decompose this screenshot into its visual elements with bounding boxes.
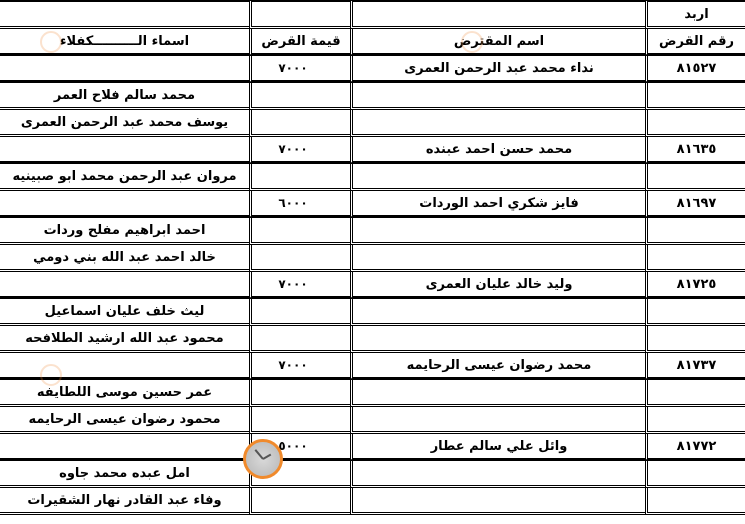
table-row: ليث خلف عليان اسماعيل bbox=[0, 299, 745, 326]
guarantor-name-cell bbox=[0, 137, 249, 164]
loan-amount-value: ٧٠٠٠ bbox=[278, 277, 307, 291]
guarantor-name-cell: محمد سالم فلاح العمر bbox=[0, 83, 249, 110]
loan-amount-cell bbox=[249, 110, 350, 137]
table-row: محمد سالم فلاح العمر bbox=[0, 83, 745, 110]
loan-amount-cell bbox=[249, 83, 350, 110]
borrower-name-cell bbox=[350, 326, 645, 353]
clock-icon bbox=[243, 439, 283, 479]
loan-amount-cell: ٧٠٠٠ bbox=[249, 56, 350, 83]
loan-id-cell bbox=[645, 461, 745, 488]
borrower-name-cell bbox=[350, 299, 645, 326]
loan-amount-cell bbox=[249, 488, 350, 515]
borrower-name-cell bbox=[350, 380, 645, 407]
loan-amount-cell bbox=[249, 326, 350, 353]
table-row: احمد ابراهيم مفلح وردات bbox=[0, 218, 745, 245]
table-row: محمود رضوان عيسى الرحايمه bbox=[0, 407, 745, 434]
loan-id-cell bbox=[645, 488, 745, 515]
guarantor-name-cell bbox=[0, 353, 249, 380]
table-row: ٨١٧٢٥وليد خالد عليان العمرى٧٠٠٠ bbox=[0, 272, 745, 299]
loan-id-cell bbox=[645, 164, 745, 191]
table-row: ٨١٦٣٥محمد حسن احمد عبنده٧٠٠٠ bbox=[0, 137, 745, 164]
loan-table: اربد رقم القرض اسم المقترض قيمة القرض اس… bbox=[0, 0, 745, 515]
table-row: مروان عبد الرحمن محمد ابو صبينيه bbox=[0, 164, 745, 191]
loan-id-cell bbox=[645, 380, 745, 407]
loan-amount-value: ٧٠٠٠ bbox=[278, 142, 307, 156]
guarantor-name-cell: عمر حسين موسى اللطايفه bbox=[0, 380, 249, 407]
header-row: رقم القرض اسم المقترض قيمة القرض اسماء ا… bbox=[0, 29, 745, 56]
borrower-name-cell bbox=[350, 83, 645, 110]
loan-amount-cell bbox=[249, 218, 350, 245]
table-row: ٨١٥٢٧نداء محمد عبد الرحمن العمرى٧٠٠٠ bbox=[0, 56, 745, 83]
table-row: يوسف محمد عبد الرحمن العمرى bbox=[0, 110, 745, 137]
empty-cell bbox=[249, 0, 350, 29]
loan-amount-cell bbox=[249, 380, 350, 407]
loan-id-cell: ٨١٦٩٧ bbox=[645, 191, 745, 218]
guarantor-name-cell: يوسف محمد عبد الرحمن العمرى bbox=[0, 110, 249, 137]
loan-amount-value: ٧٠٠٠ bbox=[278, 358, 307, 372]
table-row: ٨١٧٣٧محمد رضوان عيسى الرحايمه٧٠٠٠ bbox=[0, 353, 745, 380]
borrower-name-cell: وليد خالد عليان العمرى bbox=[350, 272, 645, 299]
loan-amount-cell bbox=[249, 164, 350, 191]
borrower-name-cell bbox=[350, 488, 645, 515]
loan-amount-cell bbox=[249, 407, 350, 434]
table-row: خالد احمد عبد الله بني دومي bbox=[0, 245, 745, 272]
empty-cell bbox=[350, 0, 645, 29]
loan-id-cell bbox=[645, 407, 745, 434]
loan-amount-cell: ٧٠٠٠ bbox=[249, 353, 350, 380]
loan-id-cell bbox=[645, 245, 745, 272]
header-borrower: اسم المقترض bbox=[350, 29, 645, 56]
borrower-name-cell bbox=[350, 164, 645, 191]
loan-amount-cell bbox=[249, 245, 350, 272]
loan-amount-cell: ٧٠٠٠ bbox=[249, 272, 350, 299]
borrower-name-cell bbox=[350, 218, 645, 245]
loan-id-cell: ٨١٧٣٧ bbox=[645, 353, 745, 380]
table-row: وفاء عبد القادر نهار الشقيرات bbox=[0, 488, 745, 515]
loan-guarantor-sheet: اربد رقم القرض اسم المقترض قيمة القرض اس… bbox=[0, 0, 745, 524]
table-row: عمر حسين موسى اللطايفه bbox=[0, 380, 745, 407]
header-loan-id: رقم القرض bbox=[645, 29, 745, 56]
guarantor-name-cell: ليث خلف عليان اسماعيل bbox=[0, 299, 249, 326]
borrower-name-cell: وائل علي سالم عطار bbox=[350, 434, 645, 461]
borrower-name-cell bbox=[350, 407, 645, 434]
borrower-name-cell bbox=[350, 110, 645, 137]
table-row: امل عبده محمد جاوه bbox=[0, 461, 745, 488]
loan-id-cell: ٨١٧٧٢ bbox=[645, 434, 745, 461]
guarantor-name-cell: امل عبده محمد جاوه bbox=[0, 461, 249, 488]
loan-id-cell: ٨١٥٢٧ bbox=[645, 56, 745, 83]
guarantor-name-cell bbox=[0, 56, 249, 83]
table-row: ٨١٧٧٢وائل علي سالم عطار٥٠٠٠ bbox=[0, 434, 745, 461]
loan-id-cell: ٨١٧٢٥ bbox=[645, 272, 745, 299]
title-row: اربد bbox=[0, 0, 745, 29]
guarantor-name-cell: محمود رضوان عيسى الرحايمه bbox=[0, 407, 249, 434]
loan-id-cell bbox=[645, 110, 745, 137]
guarantor-name-cell: مروان عبد الرحمن محمد ابو صبينيه bbox=[0, 164, 249, 191]
loan-amount-cell: ٦٠٠٠ bbox=[249, 191, 350, 218]
empty-cell bbox=[0, 0, 249, 29]
city-label: اربد bbox=[645, 0, 745, 29]
borrower-name-cell: فايز شكري احمد الوردات bbox=[350, 191, 645, 218]
header-amount: قيمة القرض bbox=[249, 29, 350, 56]
loan-id-cell bbox=[645, 83, 745, 110]
guarantor-name-cell bbox=[0, 434, 249, 461]
table-row: محمود عبد الله ارشيد الطلافحه bbox=[0, 326, 745, 353]
borrower-name-cell: محمد حسن احمد عبنده bbox=[350, 137, 645, 164]
guarantor-name-cell bbox=[0, 272, 249, 299]
loan-amount-value: ٦٠٠٠ bbox=[278, 196, 307, 210]
header-guarantors: اسماء الــــــــــكفلاء bbox=[0, 29, 249, 56]
loan-id-cell bbox=[645, 299, 745, 326]
table-row: ٨١٦٩٧فايز شكري احمد الوردات٦٠٠٠ bbox=[0, 191, 745, 218]
guarantor-name-cell: محمود عبد الله ارشيد الطلافحه bbox=[0, 326, 249, 353]
loan-amount-cell bbox=[249, 299, 350, 326]
loan-amount-value: ٥٠٠٠ bbox=[278, 439, 307, 453]
loan-amount-cell: ٧٠٠٠ bbox=[249, 137, 350, 164]
borrower-name-cell: محمد رضوان عيسى الرحايمه bbox=[350, 353, 645, 380]
loan-id-cell bbox=[645, 218, 745, 245]
guarantor-name-cell: وفاء عبد القادر نهار الشقيرات bbox=[0, 488, 249, 515]
loan-id-cell: ٨١٦٣٥ bbox=[645, 137, 745, 164]
loan-amount-value: ٧٠٠٠ bbox=[278, 61, 307, 75]
guarantor-name-cell: خالد احمد عبد الله بني دومي bbox=[0, 245, 249, 272]
borrower-name-cell bbox=[350, 461, 645, 488]
guarantor-name-cell bbox=[0, 191, 249, 218]
borrower-name-cell: نداء محمد عبد الرحمن العمرى bbox=[350, 56, 645, 83]
loan-id-cell bbox=[645, 326, 745, 353]
guarantor-name-cell: احمد ابراهيم مفلح وردات bbox=[0, 218, 249, 245]
borrower-name-cell bbox=[350, 245, 645, 272]
